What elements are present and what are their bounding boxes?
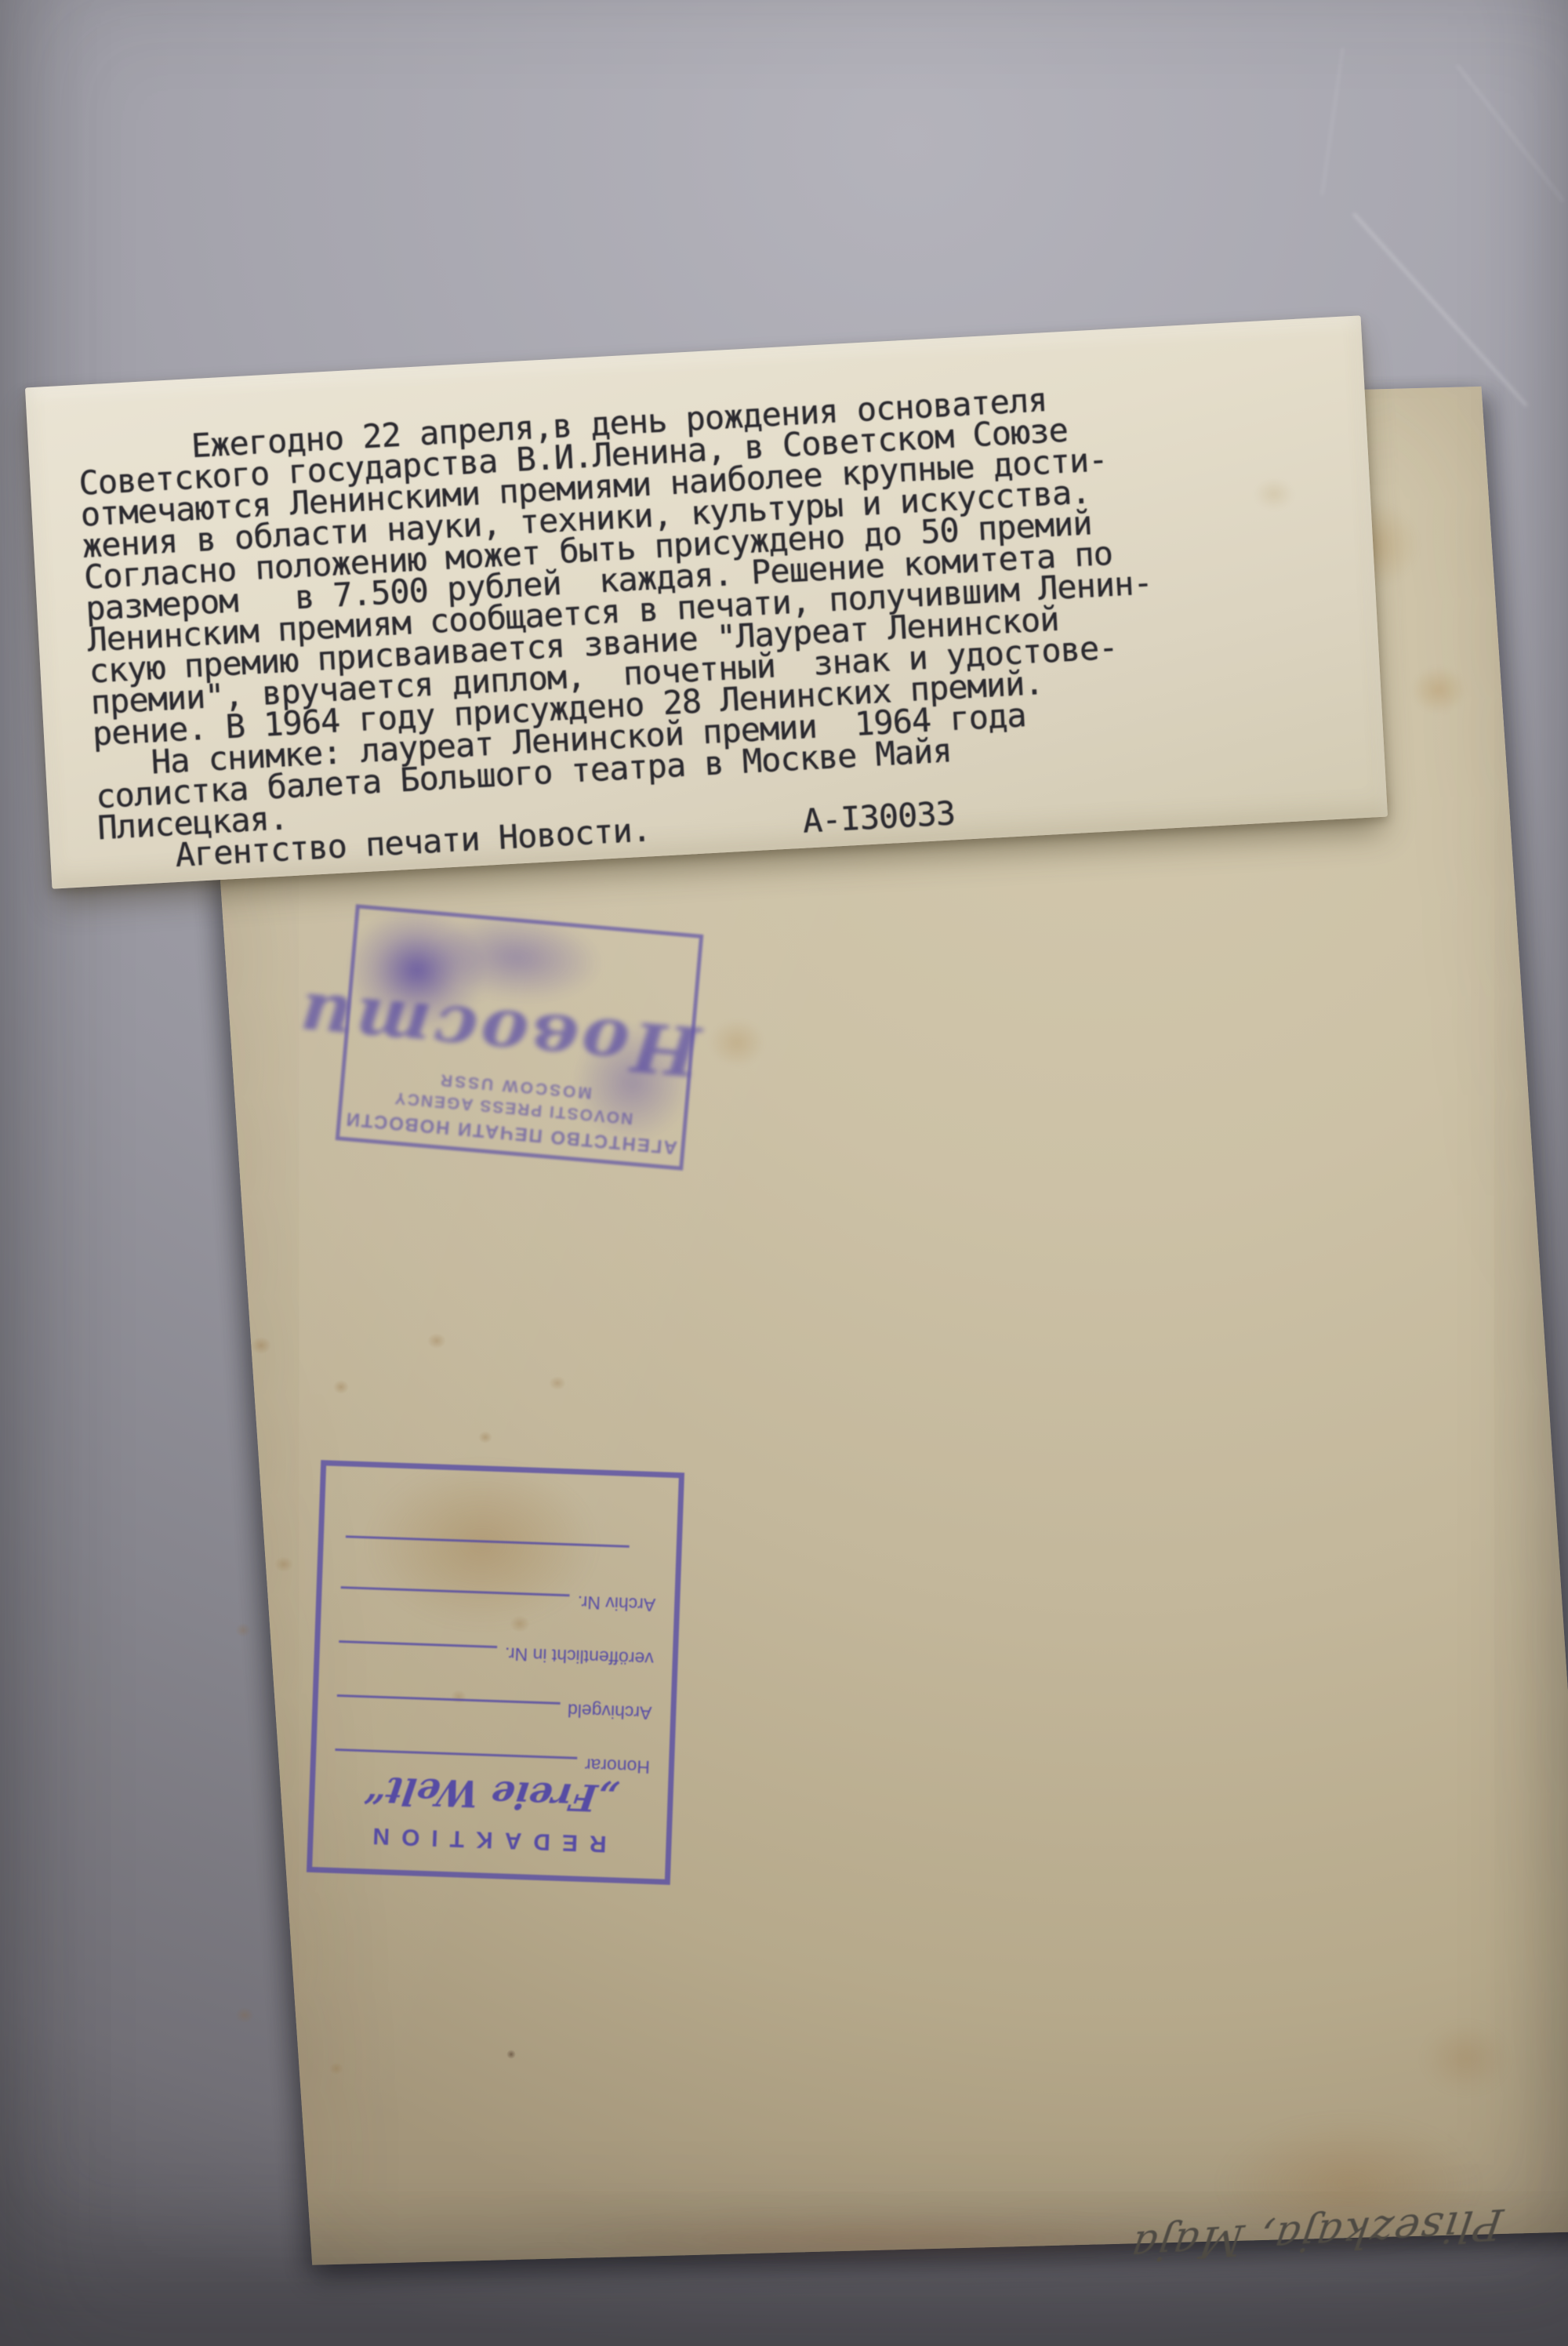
scratch-streak: [1321, 48, 1344, 196]
blank-fill-line: [339, 1640, 497, 1648]
typed-caption: Ежегодно 22 апреля,в день рождения основ…: [76, 367, 1387, 875]
redaktion-stamp: REDAKTION „Freie Welt“ Honorar Archivgel…: [307, 1460, 684, 1885]
redaktion-stamp-field-archiv-nr: Archiv Nr.: [340, 1583, 656, 1615]
field-label: veröffentlicht in Nr.: [504, 1643, 654, 1669]
blank-fill-line: [335, 1749, 577, 1759]
stain: [235, 1623, 251, 1637]
redaktion-stamp-title: REDAKTION: [313, 1820, 666, 1859]
photo-table-surface: АГЕНТСТВО ПЕЧАТИ НОВОСТИ NOVOSTI PRESS A…: [0, 0, 1568, 2346]
stain: [235, 2007, 254, 2023]
field-label: Honorar: [584, 1754, 650, 1778]
blank-fill-line: [337, 1694, 561, 1705]
redaktion-stamp-field-veroeffentlicht: veröffentlicht in Nr.: [339, 1637, 655, 1669]
blank-fill-line: [341, 1586, 570, 1596]
apn-agency-stamp: АГЕНТСТВО ПЕЧАТИ НОВОСТИ NOVOSTI PRESS A…: [336, 904, 704, 1171]
field-label: Archivgeld: [568, 1699, 652, 1723]
caption-slip: Ежегодно 22 апреля,в день рождения основ…: [25, 315, 1388, 888]
blank-fill-line: [346, 1535, 630, 1548]
redaktion-stamp-field-archivgeld: Archivgeld: [336, 1691, 652, 1723]
field-label: Archiv Nr.: [577, 1592, 656, 1615]
handwritten-note-text: Plisezkaja, Maja: [1127, 2199, 1506, 2272]
scratch-streak: [1457, 64, 1565, 202]
scratch-streak: [1352, 212, 1528, 407]
